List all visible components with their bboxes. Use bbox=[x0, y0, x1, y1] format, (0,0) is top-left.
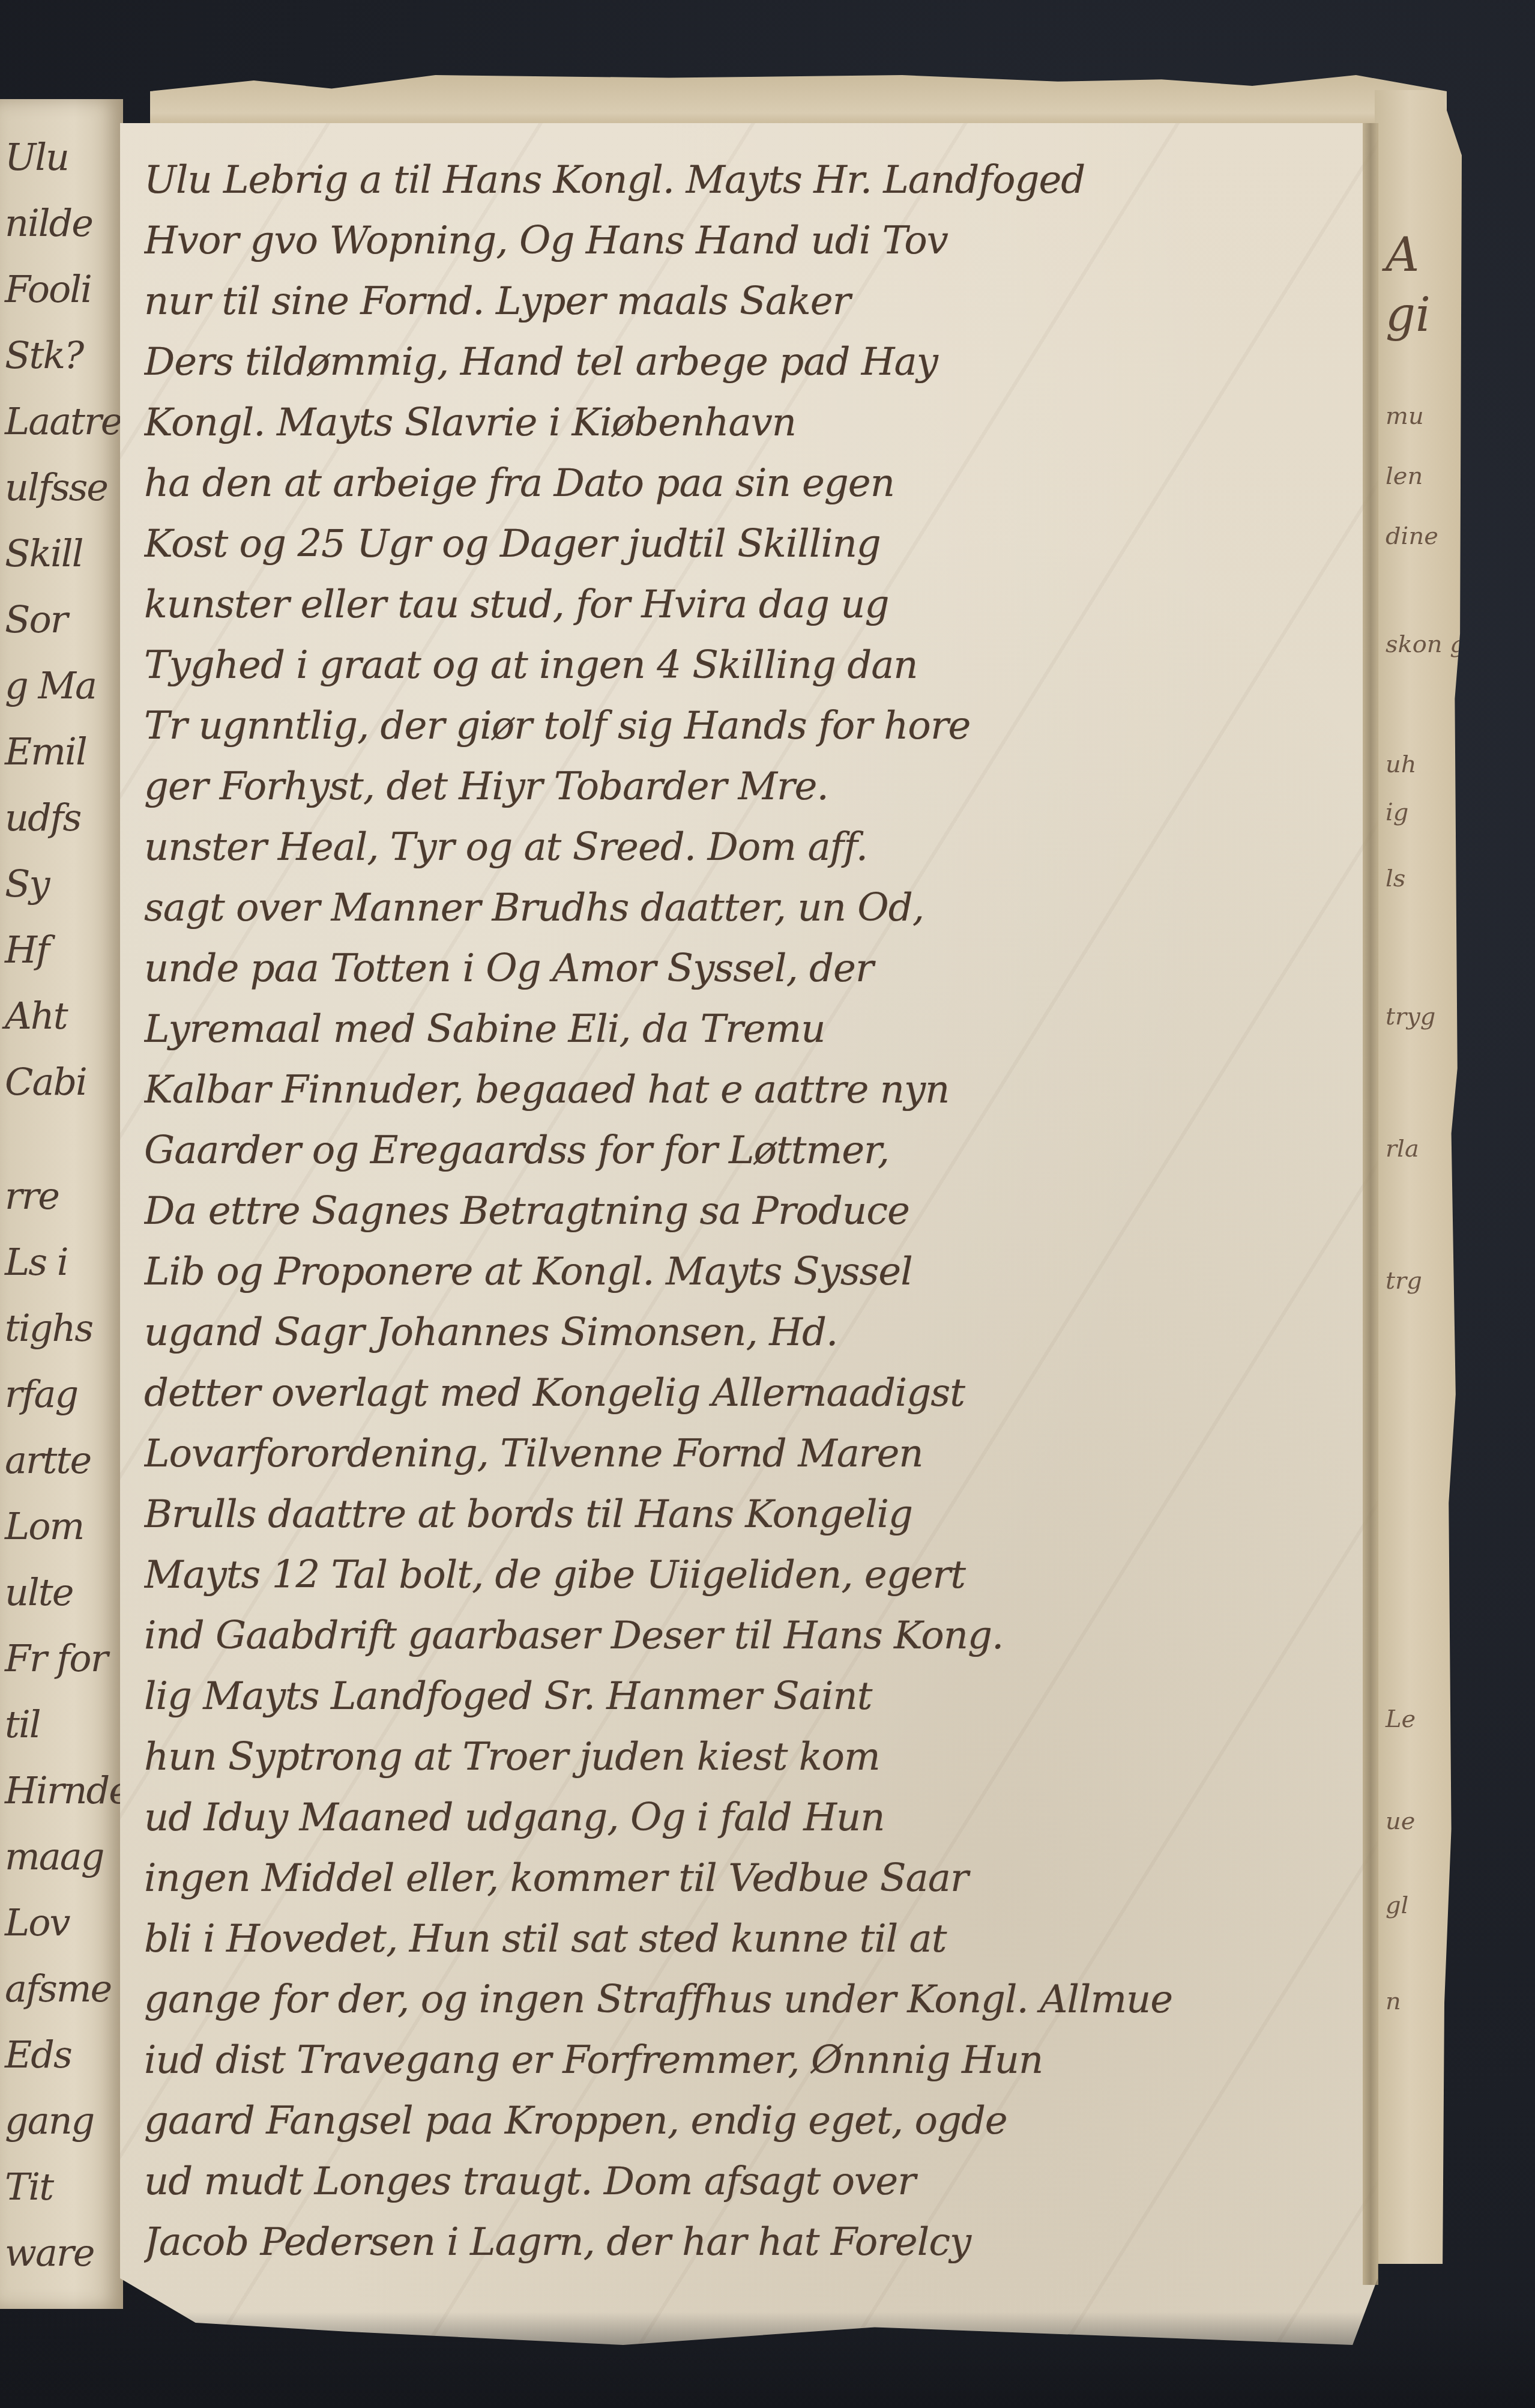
manuscript-line: gange for der, og ingen Straffhus under … bbox=[144, 1970, 1360, 2030]
margin-fragment: tryg bbox=[1386, 1003, 1435, 1030]
left-fragment: Emil bbox=[5, 730, 121, 773]
margin-fragment: gl bbox=[1386, 1892, 1408, 1919]
manuscript-line: Gaarder og Eregaardss for for Løttmer, bbox=[144, 1121, 1360, 1181]
left-fragment: artte bbox=[5, 1438, 121, 1482]
manuscript-page: Ulu Lebrig a til Hans Kongl. Mayts Hr. L… bbox=[120, 123, 1378, 2345]
left-fragment: til bbox=[5, 1702, 121, 1746]
manuscript-line: unde paa Totten i Og Amor Syssel, der bbox=[144, 939, 1360, 999]
margin-fragment: n bbox=[1386, 1988, 1401, 2015]
margin-fragment: gi bbox=[1386, 288, 1431, 342]
left-fragment: ulte bbox=[5, 1570, 121, 1614]
left-fragment: Tit bbox=[5, 2165, 121, 2209]
manuscript-line: Lyremaal med Sabine Eli, da Tremu bbox=[144, 999, 1360, 1060]
left-fragment: gang bbox=[5, 2099, 121, 2143]
margin-fragment: ig bbox=[1386, 799, 1408, 826]
margin-fragment: mu bbox=[1386, 402, 1424, 430]
manuscript-line: ingen Middel eller, kommer til Vedbue Sa… bbox=[144, 1848, 1360, 1909]
manuscript-line: Mayts 12 Tal bolt, de gibe Uiigeliden, e… bbox=[144, 1545, 1360, 1606]
left-fragment: Fr for bbox=[5, 1636, 121, 1680]
left-fragment: Ls i bbox=[5, 1240, 121, 1284]
manuscript-line: ha den at arbeige fra Dato paa sin egen bbox=[144, 453, 1360, 514]
left-fragment: g Ma bbox=[5, 664, 121, 707]
manuscript-text: Ulu Lebrig a til Hans Kongl. Mayts Hr. L… bbox=[144, 150, 1360, 2273]
manuscript-line: Lovarforordening, Tilvenne Fornd Maren bbox=[144, 1424, 1360, 1484]
left-fragment: Laatre bbox=[5, 399, 121, 443]
manuscript-line: Lib og Proponere at Kongl. Mayts Syssel bbox=[144, 1242, 1360, 1302]
left-fragment: Fooli bbox=[5, 267, 121, 311]
margin-fragment: ls bbox=[1386, 865, 1405, 892]
margin-fragment: dine bbox=[1386, 522, 1438, 550]
manuscript-line: hun Syptrong at Troer juden kiest kom bbox=[144, 1727, 1360, 1788]
left-fragment: tighs bbox=[5, 1306, 121, 1350]
manuscript-line: sagt over Manner Brudhs daatter, un Od, bbox=[144, 878, 1360, 939]
manuscript-line: lig Mayts Landfoged Sr. Hanmer Saint bbox=[144, 1666, 1360, 1727]
margin-fragment: rla bbox=[1386, 1135, 1419, 1163]
left-fragment: maag bbox=[5, 1835, 121, 1878]
left-fragment: Hf bbox=[5, 928, 121, 972]
manuscript-line: bli i Hovedet, Hun stil sat sted kunne t… bbox=[144, 1909, 1360, 1970]
margin-fragment: skon g bbox=[1386, 631, 1465, 658]
left-fragment: Lom bbox=[5, 1504, 121, 1548]
left-fragment: nilde bbox=[5, 201, 121, 245]
manuscript-line: Da ettre Sagnes Betragtning sa Produce bbox=[144, 1181, 1360, 1242]
manuscript-line: gaard Fangsel paa Kroppen, endig eget, o… bbox=[144, 2091, 1360, 2152]
left-fragment: Lov bbox=[5, 1901, 121, 1944]
manuscript-line: Kost og 25 Ugr og Dager judtil Skilling bbox=[144, 514, 1360, 575]
manuscript-line: Ulu Lebrig a til Hans Kongl. Mayts Hr. L… bbox=[144, 150, 1360, 211]
left-fragment: afsme bbox=[5, 1967, 121, 2010]
manuscript-line: unster Heal, Tyr og at Sreed. Dom aff. bbox=[144, 817, 1360, 878]
margin-fragment: Le bbox=[1386, 1705, 1416, 1733]
left-fragment: ware bbox=[5, 2231, 121, 2275]
manuscript-line: Tr ugnntlig, der giør tolf sig Hands for… bbox=[144, 696, 1360, 757]
manuscript-line: ugand Sagr Johannes Simonsen, Hd. bbox=[144, 1302, 1360, 1363]
left-fragment: Aht bbox=[5, 994, 121, 1038]
left-fragment: Sy bbox=[5, 862, 121, 906]
left-fragment: Sor bbox=[5, 597, 121, 641]
margin-fragment: len bbox=[1386, 462, 1423, 490]
left-fragment: ulfsse bbox=[5, 465, 121, 509]
manuscript-line: Hvor gvo Wopning, Og Hans Hand udi Tov bbox=[144, 211, 1360, 271]
left-fragment: Eds bbox=[5, 2033, 121, 2077]
margin-fragment: uh bbox=[1386, 751, 1417, 778]
left-fragment: udfs bbox=[5, 796, 121, 839]
manuscript-line: Kalbar Finnuder, begaaed hat e aattre ny… bbox=[144, 1060, 1360, 1121]
manuscript-line: ind Gaabdrift gaarbaser Deser til Hans K… bbox=[144, 1606, 1360, 1666]
left-fragment: Hirnde bbox=[5, 1768, 121, 1812]
left-fragment: rfag bbox=[5, 1372, 121, 1416]
left-fragment: Stk? bbox=[5, 333, 121, 377]
manuscript-line: ger Forhyst, det Hiyr Tobarder Mre. bbox=[144, 757, 1360, 817]
left-fragment: Ulu bbox=[5, 135, 121, 179]
manuscript-line: Ders tildømmig, Hand tel arbege pad Hay bbox=[144, 332, 1360, 393]
margin-fragment: A bbox=[1386, 228, 1419, 282]
manuscript-line: nur til sine Fornd. Lyper maals Saker bbox=[144, 271, 1360, 332]
manuscript-line: kunster eller tau stud, for Hvira dag ug bbox=[144, 575, 1360, 635]
manuscript-line: iud dist Travegang er Forfremmer, Ønnnig… bbox=[144, 2030, 1360, 2091]
left-fragment: Skill bbox=[5, 531, 121, 575]
left-fragment: rre bbox=[5, 1174, 121, 1218]
margin-fragment: ue bbox=[1386, 1808, 1415, 1835]
manuscript-line: Brulls daattre at bords til Hans Kongeli… bbox=[144, 1484, 1360, 1545]
manuscript-line: Jacob Pedersen i Lagrn, der har hat Fore… bbox=[144, 2212, 1360, 2273]
manuscript-line: ud Iduy Maaned udgang, Og i fald Hun bbox=[144, 1788, 1360, 1848]
left-facing-page: Ulu nilde Fooli Stk? Laatre ulfsse Skill… bbox=[0, 99, 123, 2309]
left-fragment: Cabi bbox=[5, 1060, 121, 1104]
bottom-shadow bbox=[0, 2312, 1535, 2408]
manuscript-line: detter overlagt med Kongelig Allernaadig… bbox=[144, 1363, 1360, 1424]
page-fore-edge bbox=[1363, 123, 1378, 2285]
manuscript-line: ud mudt Longes traugt. Dom afsagt over bbox=[144, 2152, 1360, 2212]
manuscript-line: Tyghed i graat og at ingen 4 Skilling da… bbox=[144, 635, 1360, 696]
margin-fragment: trg bbox=[1386, 1267, 1422, 1295]
manuscript-line: Kongl. Mayts Slavrie i Kiøbenhavn bbox=[144, 393, 1360, 453]
